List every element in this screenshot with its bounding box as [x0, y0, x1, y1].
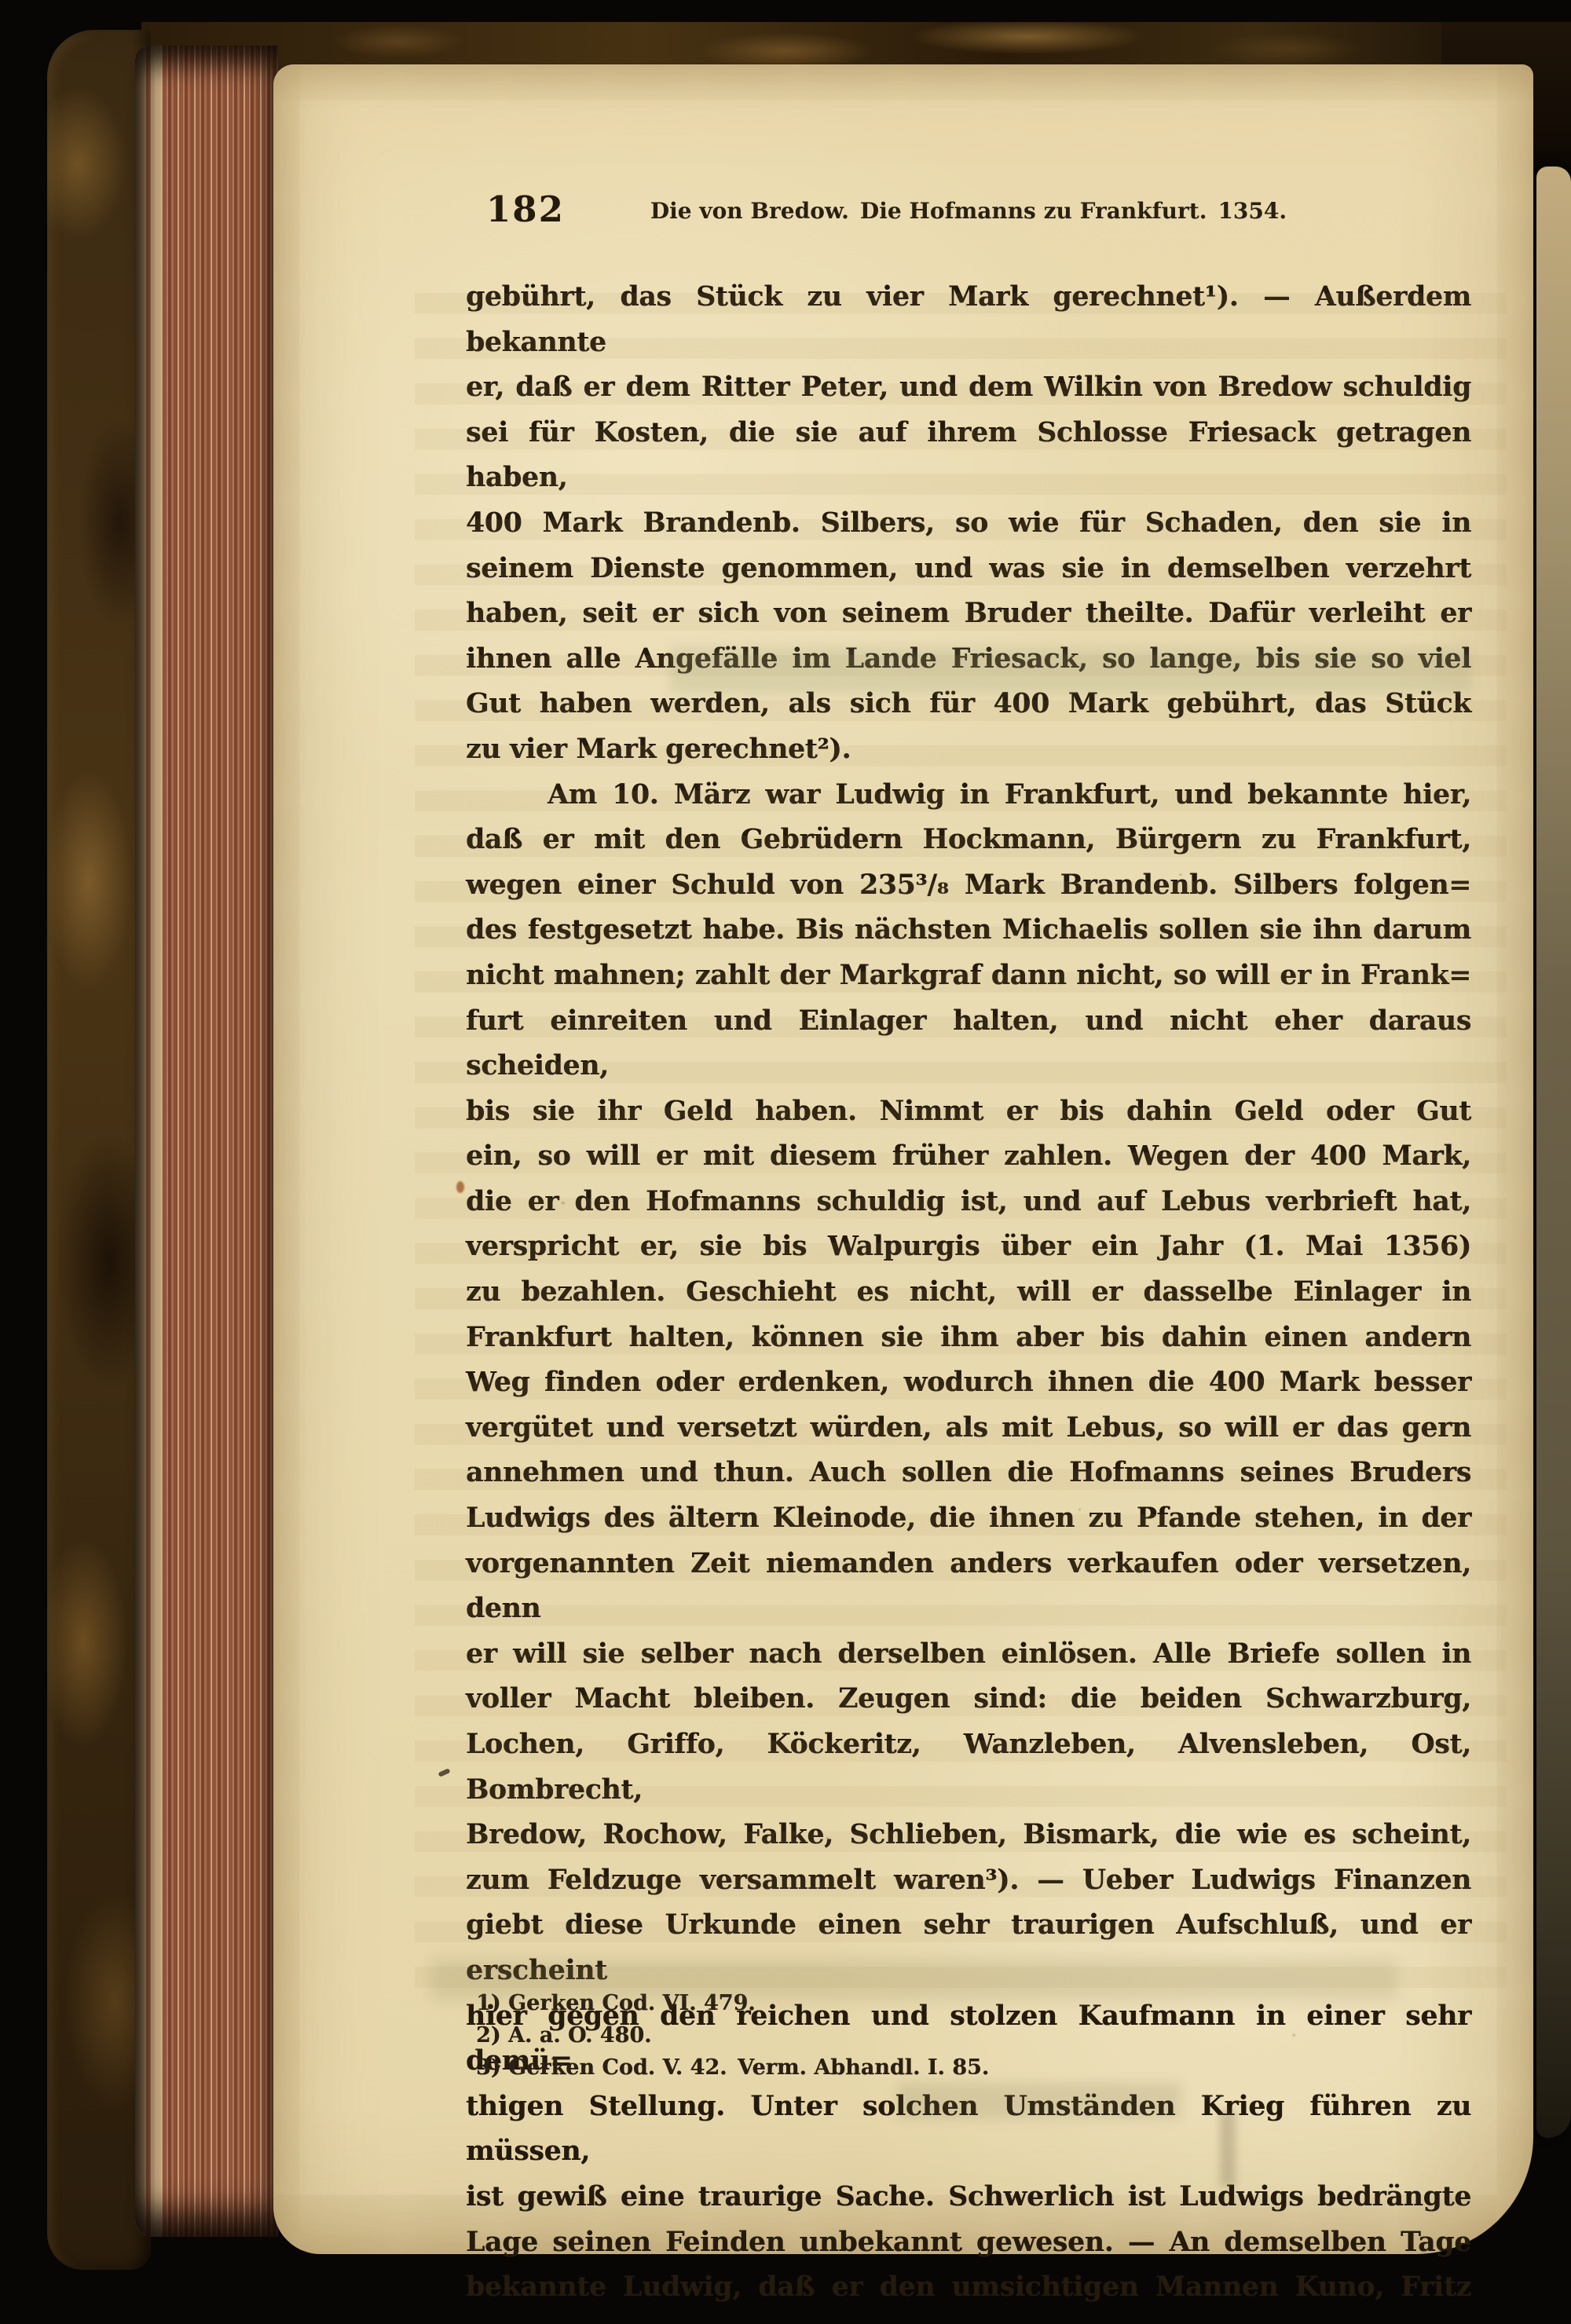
text-line: Lage seinen Feinden unbekannt gewesen. —… — [466, 2220, 1471, 2266]
text-line: zu bezahlen. Geschieht es nicht, will er… — [466, 1270, 1471, 1316]
text-line: Lochen, Griffo, Köckeritz, Wanzleben, Al… — [466, 1722, 1471, 1813]
text-line: Ludwigs des ältern Kleinode, die ihnen z… — [466, 1496, 1471, 1542]
text-line: annehmen und thun. Auch sollen die Hofma… — [466, 1451, 1471, 1496]
text-line: sei für Kosten, die sie auf ihrem Schlos… — [466, 411, 1471, 501]
text-line: ihnen alle Angefälle im Lande Friesack, … — [466, 637, 1471, 683]
text-line: nicht mahnen; zahlt der Markgraf dann ni… — [466, 953, 1471, 999]
page-number: 182 — [486, 188, 565, 230]
text-line: Gut haben werden, als sich für 400 Mark … — [466, 682, 1471, 727]
book-page: 182 Die von Bredow. Die Hofmanns zu Fran… — [273, 64, 1533, 2254]
text-line: zum Feldzuge versammelt waren³). — Ueber… — [466, 1858, 1471, 1904]
text-line: vorgenannten Zeit niemanden anders verka… — [466, 1542, 1471, 1632]
paper-fleck — [456, 1181, 464, 1193]
text-line: giebt diese Urkunde einen sehr traurigen… — [466, 1903, 1471, 1993]
text-line: vergütet und versetzt würden, als mit Le… — [466, 1406, 1471, 1451]
text-line: voller Macht bleiben. Zeugen sind: die b… — [466, 1677, 1471, 1722]
text-line: thigen Stellung. Unter solchen Umständen… — [466, 2084, 1471, 2175]
running-title: Die von Bredow. Die Hofmanns zu Frankfur… — [466, 188, 1471, 224]
text-line: wegen einer Schuld von 235³/₈ Mark Brand… — [466, 863, 1471, 909]
text-line: haben, seit er sich von seinem Bruder th… — [466, 591, 1471, 637]
text-line: Weg finden oder erdenken, wodurch ihnen … — [466, 1360, 1471, 1406]
footnote-line: 1) Gerken Cod. VI. 479. — [476, 1987, 1340, 2019]
text-line: er will sie selber nach derselben einlös… — [466, 1632, 1471, 1678]
text-line: Frankfurt halten, können sie ihm aber bi… — [466, 1316, 1471, 1361]
text-line: Am 10. März war Ludwig in Frankfurt, und… — [466, 773, 1471, 818]
running-header: 182 Die von Bredow. Die Hofmanns zu Fran… — [466, 188, 1471, 243]
footnote-line: 3) Gerken Cod. V. 42. Verm. Abhandl. I. … — [476, 2051, 1340, 2084]
footnotes: 1) Gerken Cod. VI. 479.2) A. a. O. 480.3… — [476, 1987, 1340, 2084]
text-line: 400 Mark Brandenb. Silbers, so wie für S… — [466, 501, 1471, 547]
page-fore-edges — [135, 46, 278, 2237]
text-line: die er den Hofmanns schuldig ist, und au… — [466, 1180, 1471, 1225]
text-line: verspricht er, sie bis Walpurgis über ei… — [466, 1224, 1471, 1270]
text-line: ist gewiß eine traurige Sache. Schwerlic… — [466, 2175, 1471, 2220]
facing-page-edge — [1536, 167, 1571, 2138]
ink-speck — [438, 1768, 450, 1777]
text-line: seinem Dienste genommen, und was sie in … — [466, 547, 1471, 592]
text-line: bis sie ihr Geld haben. Nimmt er bis dah… — [466, 1089, 1471, 1135]
text-line: er, daß er dem Ritter Peter, und dem Wil… — [466, 365, 1471, 411]
text-line: daß er mit den Gebrüdern Hockmann, Bürge… — [466, 818, 1471, 863]
footnote-line: 2) A. a. O. 480. — [476, 2019, 1340, 2051]
text-line: des festgesetzt habe. Bis nächsten Micha… — [466, 908, 1471, 953]
text-line: gebührt, das Stück zu vier Mark gerechne… — [466, 275, 1471, 365]
text-line: Bredow, Rochow, Falke, Schlieben, Bismar… — [466, 1813, 1471, 1858]
text-line: furt einreiten und Einlager halten, und … — [466, 999, 1471, 1089]
photo-backdrop: { "book_page": { "page_number": "182", "… — [0, 0, 1571, 2324]
text-line: ein, so will er mit diesem früher zahlen… — [466, 1134, 1471, 1180]
text-line: zu vier Mark gerechnet²). — [466, 727, 1471, 773]
text-line: bekannte Ludwig, daß er den umsichtigen … — [466, 2265, 1471, 2311]
